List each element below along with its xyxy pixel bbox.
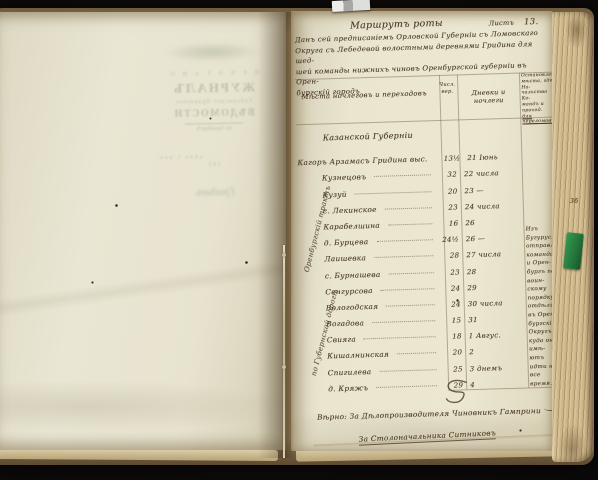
column-header-notes: Остановленныямѣста, гдѣ На-чальство Ко-м…	[521, 73, 556, 126]
dotted-leader	[381, 287, 435, 291]
column-header-stops: Дневки и ночлеги	[460, 88, 516, 106]
folio-value: 13.	[524, 17, 539, 27]
place-name: Свияга	[327, 335, 356, 345]
place-name: с. Лекинское	[323, 205, 377, 216]
versts-value: 13½	[441, 155, 460, 164]
header-line: мѣста, гдѣ На-	[521, 78, 554, 91]
dotted-leader	[374, 255, 433, 259]
versts-value: 23	[438, 203, 458, 212]
versts-value: 24½	[439, 236, 459, 245]
versts-value: 28	[439, 252, 459, 261]
signature-text: Вѣрно: За Дѣлопроизводителя Чиновникъ Га…	[317, 406, 541, 422]
dotted-leader	[372, 319, 435, 323]
header-line: чальство Ко-	[521, 90, 554, 103]
left-page: П Е Ч А Т А Н О ЖУРНАЛЪ Губернское Правл…	[0, 12, 286, 450]
dotted-leader	[364, 335, 436, 339]
dotted-leader	[386, 303, 435, 306]
versts-value: 20	[442, 349, 462, 358]
bleedthrough-script: Гридинъ	[151, 185, 279, 199]
bleedthrough-line: 1 8 5	[151, 161, 279, 169]
place-name: Лаишевка	[324, 254, 366, 264]
versts-value: 23	[440, 268, 460, 277]
header-line: мандъ и проход.	[522, 102, 555, 115]
place-name: д. Бурцева	[324, 237, 369, 247]
versts-value: 32	[437, 171, 457, 180]
paper-tab-marker	[332, 0, 371, 12]
dotted-leader	[385, 206, 432, 209]
paper-specks	[0, 0, 1, 1]
thread-knot	[282, 365, 286, 369]
bleedthrough-line: П Е Ч А Т А Н О	[149, 69, 277, 78]
dotted-leader	[388, 222, 433, 225]
place-name: Кишалнинская	[327, 350, 389, 361]
bleedthrough-line: ВѢДОМОСТИ	[150, 107, 278, 120]
versts-value: 20	[437, 187, 457, 196]
bleedthrough-rule	[185, 122, 243, 124]
manuscript-content: Листъ13. Маршрутъ роты Данъ сей предписа…	[291, 6, 567, 454]
route-table-rows: Кагоръ Арзамасъ Гридина выс. 13½ 21 Іюнь…	[295, 145, 528, 394]
header-line: Числ.	[437, 81, 457, 88]
table-rule-header-bottom	[296, 117, 555, 126]
place-name: с. Бурнашева	[325, 269, 381, 280]
section-heading: Казанской Губерніи	[323, 131, 413, 143]
versts-value: 15	[441, 316, 461, 325]
dotted-leader	[355, 190, 432, 194]
place-name: Карабелшина	[323, 221, 380, 232]
versts-value: 16	[438, 219, 458, 228]
thread-knot	[282, 253, 286, 257]
bleedthrough-line: ЖУРНАЛЪ	[149, 79, 277, 97]
dotted-leader	[376, 384, 437, 388]
dotted-leader	[397, 352, 436, 355]
column-header-versts: Числ. вер.	[437, 81, 457, 95]
dotted-leader	[388, 271, 433, 274]
print-bleedthrough: П Е Ч А Т А Н О ЖУРНАЛЪ Губернское Правл…	[149, 41, 280, 199]
ink-smudge	[161, 41, 265, 63]
versts-value: 18	[442, 333, 462, 342]
place-name: Спигилева	[328, 367, 372, 377]
certification-signature: Вѣрно: За Дѣлопроизводителя Чиновникъ Га…	[317, 403, 555, 422]
dotted-leader	[379, 368, 436, 372]
right-page: Листъ13. Маршрутъ роты Данъ сей предписа…	[291, 11, 554, 451]
dotted-leader	[376, 238, 432, 242]
bleedthrough-line: Губернское Правленіе	[150, 98, 278, 106]
archival-book-photo: П Е Ч А Т А Н О ЖУРНАЛЪ Губернское Правл…	[0, 0, 598, 480]
binding-thread	[283, 245, 285, 458]
pen-flourish	[442, 374, 473, 405]
versts-value: 25	[443, 365, 463, 374]
place-name: д. Кряжъ	[328, 383, 368, 393]
versts-value: 24	[440, 284, 460, 293]
place-name: Кузнецовъ	[322, 173, 367, 183]
header-line: вер.	[437, 88, 457, 95]
folio-label: Листъ	[489, 19, 514, 28]
folio-number: Листъ13.	[488, 9, 538, 29]
bleedthrough-line: въ Оренбургѣ	[150, 125, 278, 133]
versts-value: 24	[441, 300, 461, 309]
bleedthrough-line: цѣна 5 коп.	[151, 153, 279, 161]
edge-ink-mark: 3б	[570, 198, 578, 205]
header-line: для переломовъ	[522, 113, 555, 126]
dotted-leader	[374, 174, 431, 178]
